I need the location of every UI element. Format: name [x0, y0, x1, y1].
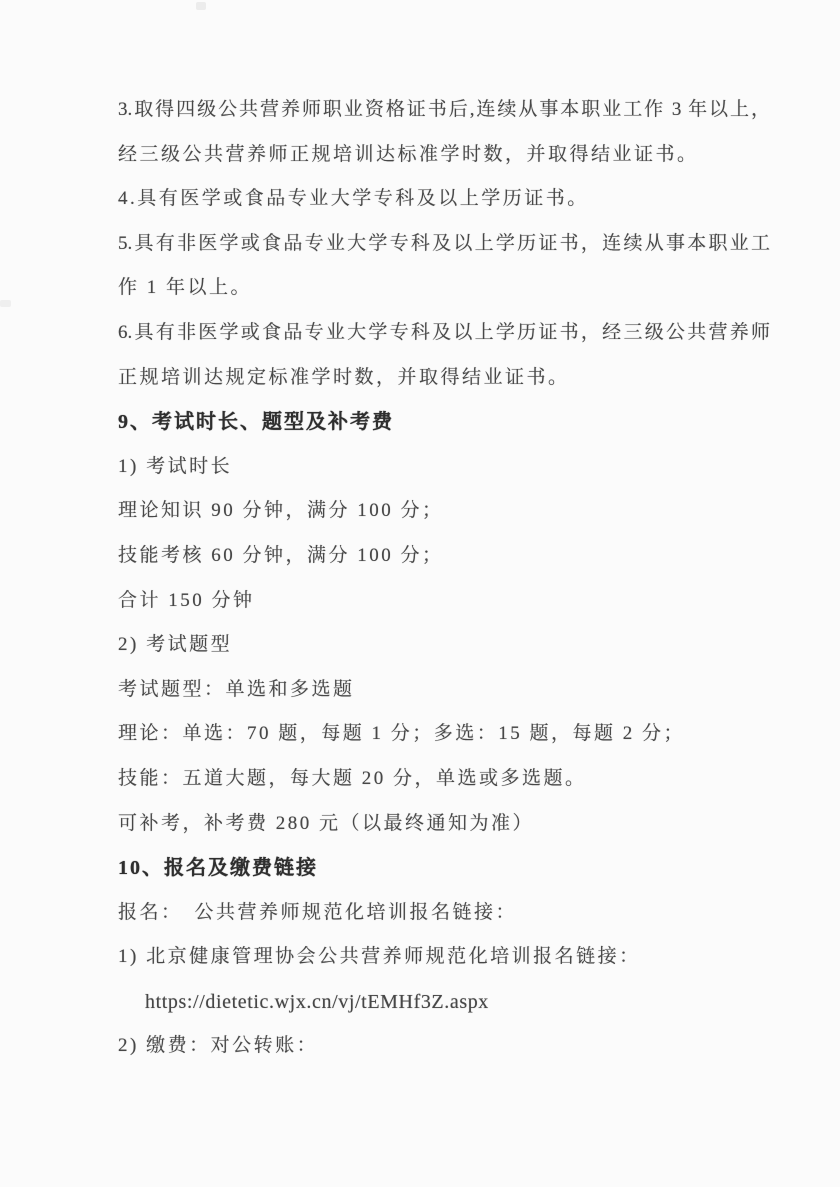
skill-duration-line: 技能考核 60 分钟，满分 100 分；	[118, 534, 770, 579]
section-9-heading: 9、考试时长、题型及补考费	[118, 400, 770, 445]
registration-intro-line: 报名： 公共营养师规范化培训报名链接：	[118, 891, 770, 936]
scan-artifact-speck	[196, 2, 206, 10]
eligibility-item-4: 4.具有医学或食品专业大学专科及以上学历证书。	[118, 177, 770, 222]
eligibility-item-3-line-2: 经三级公共营养师正规培训达标准学时数，并取得结业证书。	[118, 133, 770, 178]
question-type-subheading: 2) 考试题型	[118, 623, 770, 668]
eligibility-item-6-line-1: 6.具有非医学或食品专业大学专科及以上学历证书，经三级公共营养师	[118, 311, 770, 356]
registration-link-url: https://dietetic.wjx.cn/vj/tEMHf3Z.aspx	[118, 980, 770, 1025]
payment-line: 2) 缴费：对公转账：	[118, 1024, 770, 1069]
eligibility-item-6-line-2: 正规培训达规定标准学时数，并取得结业证书。	[118, 356, 770, 401]
total-duration-line: 合计 150 分钟	[118, 579, 770, 624]
scanned-document-page: 3.取得四级公共营养师职业资格证书后,连续从事本职业工作 3 年以上， 经三级公…	[0, 0, 840, 1187]
document-body: 3.取得四级公共营养师职业资格证书后,连续从事本职业工作 3 年以上， 经三级公…	[118, 88, 770, 1069]
exam-duration-subheading: 1) 考试时长	[118, 445, 770, 490]
question-type-line: 考试题型：单选和多选题	[118, 668, 770, 713]
retake-fee-line: 可补考，补考费 280 元（以最终通知为准）	[118, 802, 770, 847]
scan-artifact-speck	[0, 300, 11, 307]
theory-duration-line: 理论知识 90 分钟，满分 100 分；	[118, 489, 770, 534]
theory-scoring-line: 理论：单选：70 题，每题 1 分；多选：15 题，每题 2 分；	[118, 712, 770, 757]
eligibility-item-5-line-1: 5.具有非医学或食品专业大学专科及以上学历证书，连续从事本职业工	[118, 222, 770, 267]
section-10-heading: 10、报名及缴费链接	[118, 846, 770, 891]
eligibility-item-3-line-1: 3.取得四级公共营养师职业资格证书后,连续从事本职业工作 3 年以上，	[118, 88, 770, 133]
registration-link-label: 1) 北京健康管理协会公共营养师规范化培训报名链接：	[118, 935, 770, 980]
skill-scoring-line: 技能：五道大题，每大题 20 分，单选或多选题。	[118, 757, 770, 802]
eligibility-item-5-line-2: 作 1 年以上。	[118, 266, 770, 311]
